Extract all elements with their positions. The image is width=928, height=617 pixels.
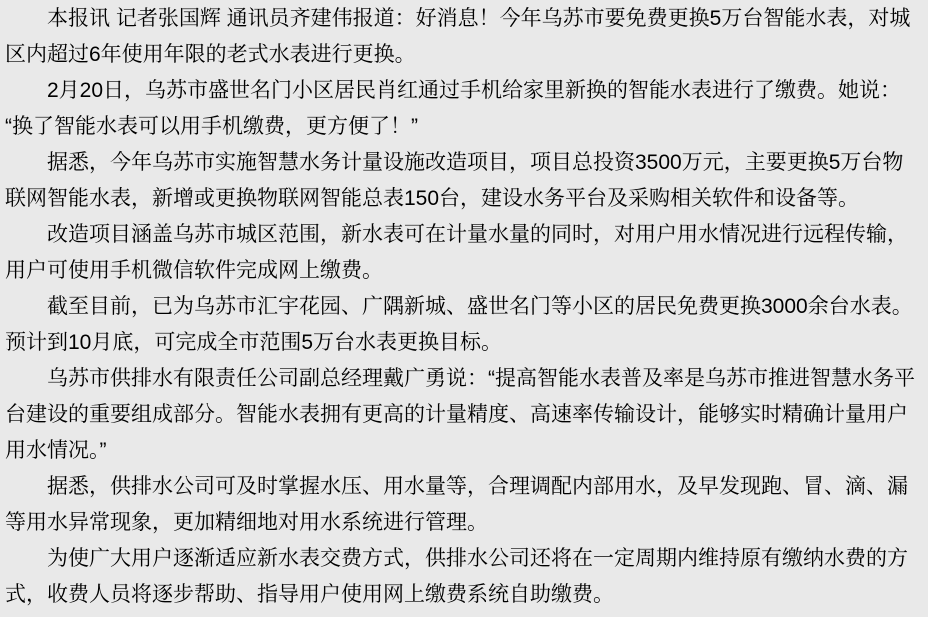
article-paragraph-resident: 2月20日，乌苏市盛世名门小区居民肖红通过手机给家里新换的智能水表进行了缴费。她… [5, 73, 924, 145]
article-paragraph-coverage: 改造项目涵盖乌苏市城区范围，新水表可在计量水量的同时，对用户用水情况进行远程传输… [5, 217, 924, 289]
article-paragraph-lead: 本报讯 记者张国辉 通讯员齐建伟报道：好消息！今年乌苏市要免费更换5万台智能水表… [5, 1, 924, 73]
news-article-body: 本报讯 记者张国辉 通讯员齐建伟报道：好消息！今年乌苏市要免费更换5万台智能水表… [0, 0, 928, 617]
article-paragraph-closing: 为使广大用户逐渐适应新水表交费方式，供排水公司还将在一定周期内维持原有缴纳水费的… [5, 541, 924, 613]
article-paragraph-benefits: 据悉，供排水公司可及时掌握水压、用水量等，合理调配内部用水，及早发现跑、冒、滴、… [5, 469, 924, 541]
article-paragraph-progress: 截至目前，已为乌苏市汇宇花园、广隅新城、盛世名门等小区的居民免费更换3000余台… [5, 289, 924, 361]
article-paragraph-project: 据悉，今年乌苏市实施智慧水务计量设施改造项目，项目总投资3500万元，主要更换5… [5, 145, 924, 217]
article-paragraph-quote: 乌苏市供排水有限责任公司副总经理戴广勇说：“提高智能水表普及率是乌苏市推进智慧水… [5, 361, 924, 469]
